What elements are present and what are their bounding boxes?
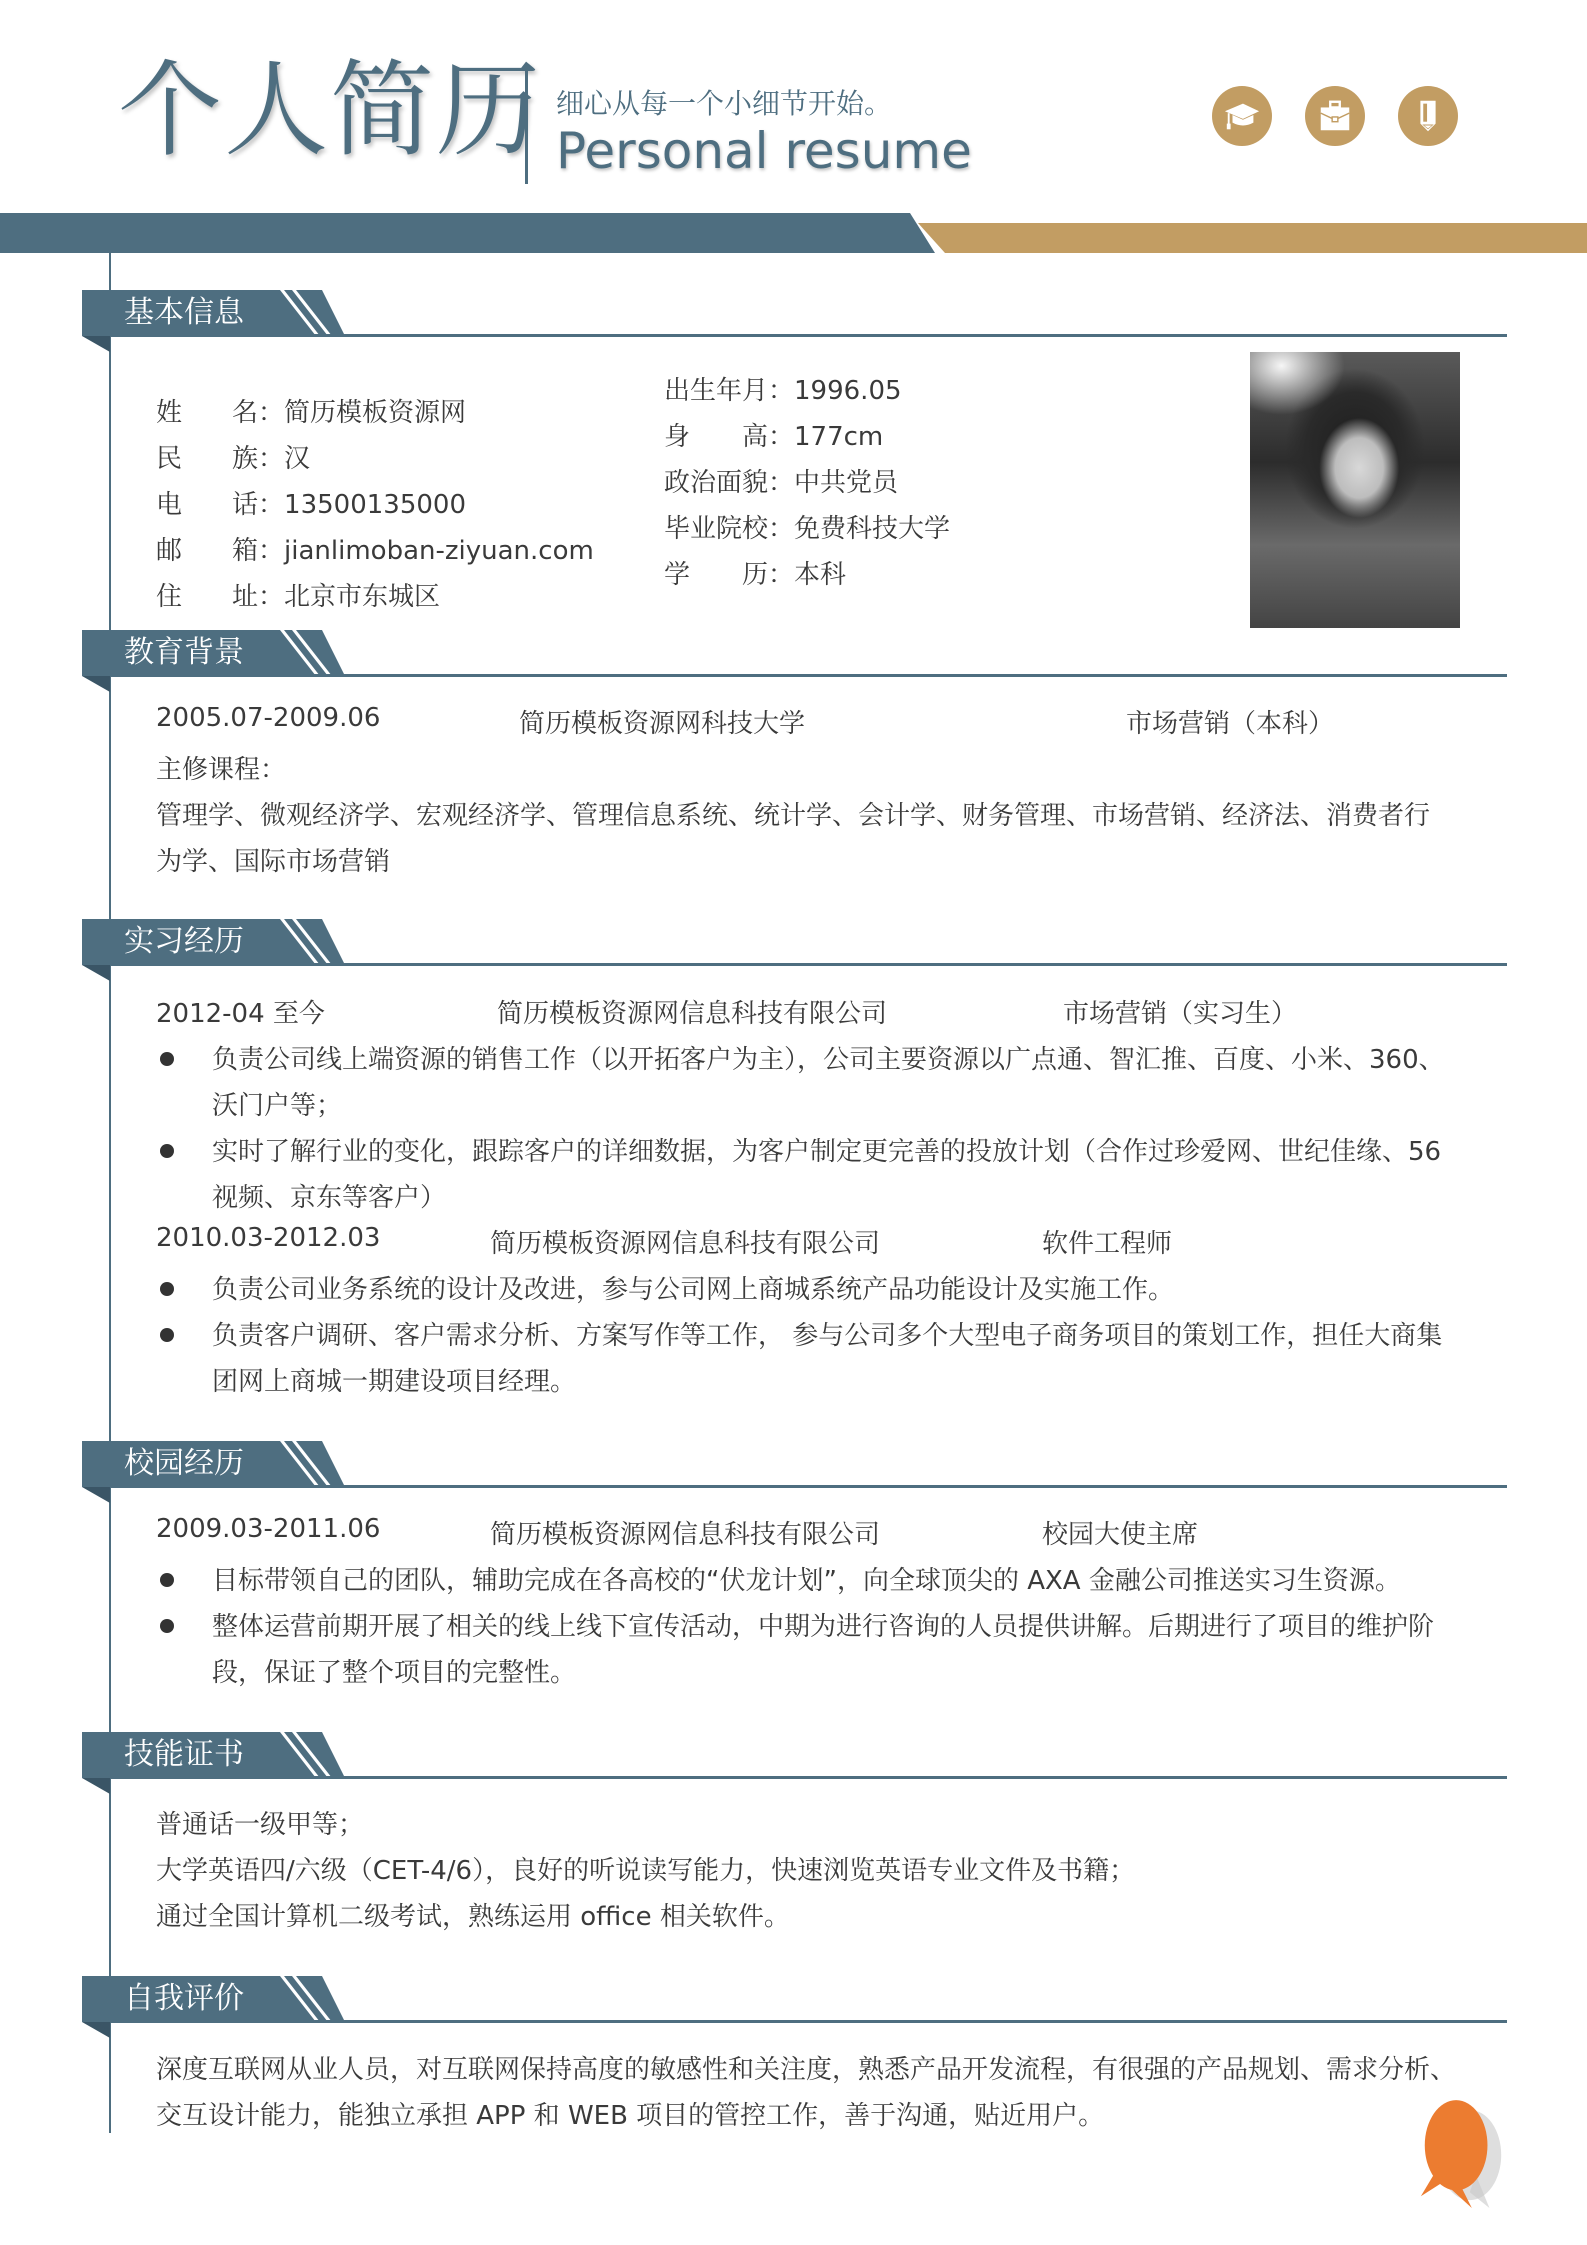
edu-courses: 为学、国际市场营销 (156, 841, 390, 878)
info-label: 姓 (156, 398, 182, 428)
job-bullet: 负责客户调研、客户需求分析、方案写作等工作， 参与公司多个大型电子商务项目的策划… (212, 1315, 1442, 1352)
briefcase-icon (1305, 86, 1365, 146)
edu-courses-label: 主修课程： (156, 749, 286, 786)
info-label: 箱： (232, 536, 284, 566)
edu-courses: 管理学、微观经济学、宏观经济学、管理信息系统、统计学、会计学、财务管理、市场营销… (156, 795, 1430, 832)
edu-major: 市场营销（本科） (1126, 703, 1334, 740)
info-row-political: 政治面貌：中共党员 (664, 462, 898, 499)
job-bullet: 视频、京东等客户） (212, 1177, 446, 1214)
campus-bullet: 目标带领自己的团队，辅助完成在各高校的“伏龙计划”，向全球顶尖的 AXA 金融公… (212, 1560, 1401, 1597)
edu-period: 2005.07-2009.06 (156, 703, 380, 733)
section-header-self-eval: 自我评价 (82, 1976, 1507, 2036)
section-rule (110, 334, 1507, 337)
info-label: 邮 (156, 536, 182, 566)
bullet-icon (160, 1282, 174, 1296)
section-rule (110, 1485, 1507, 1488)
info-value: 北京市东城区 (284, 582, 440, 612)
info-value: jianlimoban-ziyuan.com (284, 536, 594, 566)
skill-line: 大学英语四/六级（CET-4/6），良好的听说读写能力，快速浏览英语专业文件及书… (156, 1850, 1135, 1887)
job-company: 简历模板资源网信息科技有限公司 (490, 1223, 880, 1260)
info-label: 毕业院校： (664, 514, 794, 544)
job-bullet: 团网上商城一期建设项目经理。 (212, 1361, 576, 1398)
skill-line: 普通话一级甲等； (156, 1804, 364, 1841)
job-period: 2010.03-2012.03 (156, 1223, 380, 1253)
job-bullet: 负责公司线上端资源的销售工作（以开拓客户为主），公司主要资源以广点通、智汇推、百… (212, 1039, 1445, 1076)
bullet-icon (160, 1144, 174, 1158)
pencil-icon (1398, 86, 1458, 146)
info-row-birth: 出生年月：1996.05 (664, 370, 902, 407)
info-label: 话： (232, 490, 284, 520)
info-row-height: 身 高：177cm (664, 416, 883, 453)
profile-photo (1250, 352, 1460, 628)
job-role: 软件工程师 (1042, 1223, 1172, 1260)
info-row-phone: 电话：13500135000 (156, 484, 466, 521)
info-value: 13500135000 (284, 490, 466, 520)
info-row-address: 住址：北京市东城区 (156, 576, 440, 613)
job-role: 市场营销（实习生） (1063, 993, 1297, 1030)
section-rule (110, 674, 1507, 677)
campus-bullet: 整体运营前期开展了相关的线上线下宣传活动，中期为进行咨询的人员提供讲解。后期进行… (212, 1606, 1434, 1643)
section-title: 教育背景 (124, 634, 244, 672)
job-company: 简历模板资源网信息科技有限公司 (497, 993, 887, 1030)
chat-bubble-icon (1413, 2098, 1511, 2216)
info-value: 中共党员 (794, 468, 898, 498)
info-row-ethnicity: 民族：汉 (156, 438, 310, 475)
resume-title-cn: 个人简历 (118, 58, 542, 162)
info-label: 电 (156, 490, 182, 520)
section-header-campus: 校园经历 (82, 1441, 1507, 1501)
info-label: 址： (232, 582, 284, 612)
job-bullet: 实时了解行业的变化，跟踪客户的详细数据，为客户制定更完善的投放计划（合作过珍爱网… (212, 1131, 1441, 1168)
tab-fold (82, 336, 110, 352)
campus-bullet: 段，保证了整个项目的完整性。 (212, 1652, 576, 1689)
campus-company: 简历模板资源网信息科技有限公司 (490, 1514, 880, 1551)
info-label: 民 (156, 444, 182, 474)
self-eval-line: 深度互联网从业人员，对互联网保持高度的敏感性和关注度，熟悉产品开发流程，有很强的… (156, 2049, 1456, 2086)
info-row-name: 姓名：简历模板资源网 (156, 392, 466, 429)
section-title: 自我评价 (124, 1980, 244, 2018)
info-value: 免费科技大学 (794, 514, 950, 544)
tab-fold (82, 2022, 110, 2038)
section-rule (110, 2020, 1507, 2023)
info-label: 身 高： (664, 422, 794, 452)
job-bullet: 沃门户等； (212, 1085, 342, 1122)
info-label: 学 历： (664, 560, 794, 590)
job-period: 2012-04 至今 (156, 993, 325, 1030)
resume-title-en: Personal resume (556, 122, 972, 180)
tab-fold (82, 965, 110, 981)
section-title: 技能证书 (124, 1736, 244, 1774)
section-title: 实习经历 (124, 923, 244, 961)
bullet-icon (160, 1052, 174, 1066)
info-row-email: 邮箱：jianlimoban-ziyuan.com (156, 530, 594, 567)
title-divider (525, 64, 528, 184)
section-header-basic-info: 基本信息 (82, 290, 1507, 350)
info-label: 出生年月： (664, 376, 794, 406)
bullet-icon (160, 1328, 174, 1342)
section-header-internship: 实习经历 (82, 919, 1507, 979)
header-band-blue (0, 213, 935, 253)
info-label: 族： (232, 444, 284, 474)
info-value: 汉 (284, 444, 310, 474)
info-value: 简历模板资源网 (284, 398, 466, 428)
tab-fold (82, 1487, 110, 1503)
campus-role: 校园大使主席 (1042, 1514, 1198, 1551)
timeline-line (109, 253, 111, 2133)
section-rule (110, 963, 1507, 966)
info-label: 住 (156, 582, 182, 612)
bullet-icon (160, 1573, 174, 1587)
info-value: 本科 (794, 560, 846, 590)
info-label: 名： (232, 398, 284, 428)
self-eval-line: 交互设计能力，能独立承担 APP 和 WEB 项目的管控工作，善于沟通，贴近用户… (156, 2095, 1104, 2132)
info-value: 177cm (794, 422, 883, 452)
graduation-cap-icon (1212, 86, 1272, 146)
tab-fold (82, 1778, 110, 1794)
slogan: 细心从每一个小细节开始。 (556, 82, 892, 122)
edu-school: 简历模板资源网科技大学 (519, 703, 805, 740)
info-label: 政治面貌： (664, 468, 794, 498)
section-title: 校园经历 (124, 1445, 244, 1483)
bullet-icon (160, 1619, 174, 1633)
info-row-school: 毕业院校：免费科技大学 (664, 508, 950, 545)
job-bullet: 负责公司业务系统的设计及改进，参与公司网上商城系统产品功能设计及实施工作。 (212, 1269, 1174, 1306)
section-title: 基本信息 (124, 294, 244, 332)
skill-line: 通过全国计算机二级考试，熟练运用 office 相关软件。 (156, 1896, 790, 1933)
header-band-gold (918, 223, 1587, 253)
section-header-education: 教育背景 (82, 630, 1507, 690)
info-value: 1996.05 (794, 376, 902, 406)
tab-fold (82, 676, 110, 692)
campus-period: 2009.03-2011.06 (156, 1514, 380, 1544)
info-row-degree: 学 历：本科 (664, 554, 846, 591)
section-rule (110, 1776, 1507, 1779)
section-header-skills: 技能证书 (82, 1732, 1507, 1792)
